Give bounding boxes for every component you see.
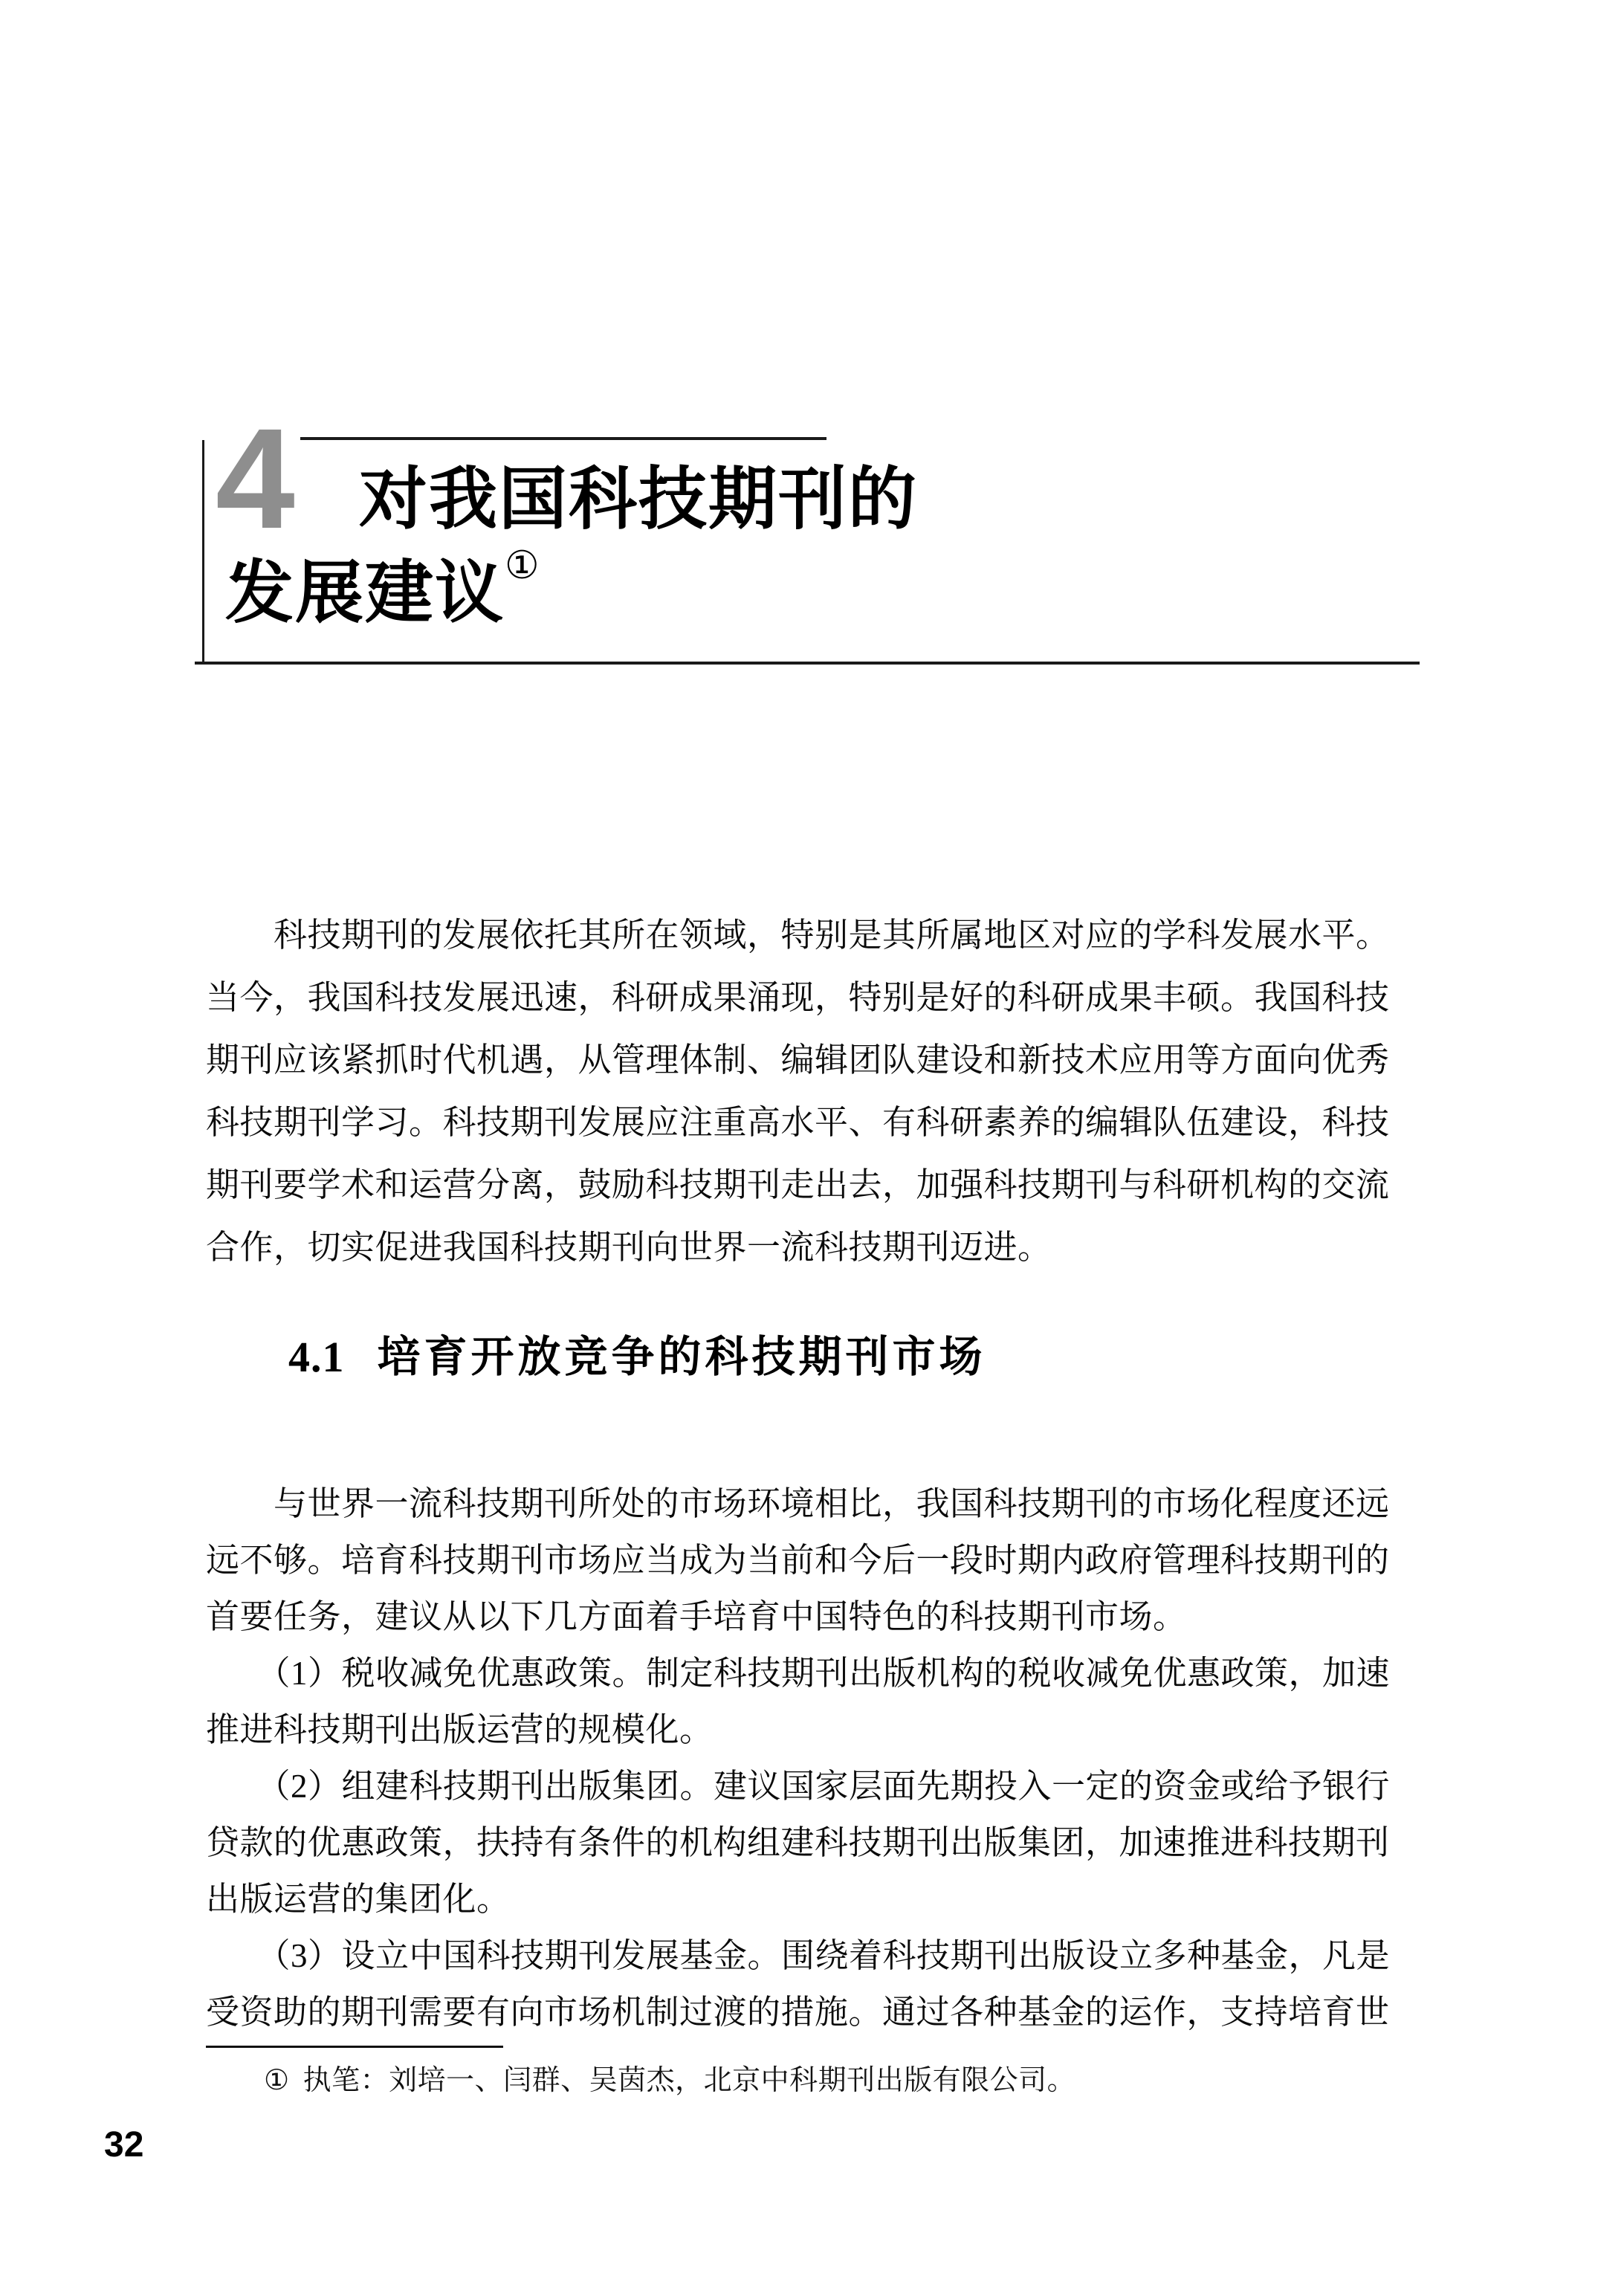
section-number: 4.1 xyxy=(288,1333,345,1381)
text-line: 合作，切实促进我国科技期刊向世界一流科技期刊迈进。 xyxy=(206,1216,1429,1279)
text-line: （2）组建科技期刊出版集团。建议国家层面先期投入一定的资金或给予银行 xyxy=(206,1758,1429,1814)
section-title: 培育开放竞争的科技期刊市场 xyxy=(378,1333,986,1381)
text-line: 期刊应该紧抓时代机遇，从管理体制、编辑团队建设和新技术应用等方面向优秀 xyxy=(206,1029,1429,1091)
page-number: 32 xyxy=(104,2127,143,2163)
section-body: 与世界一流科技期刊所处的市场环境相比，我国科技期刊的市场化程度还远远不够。培育科… xyxy=(206,1475,1429,2040)
chapter-title-line1: 对我国科技期刊的 xyxy=(359,461,918,540)
text-line: 出版运营的集团化。 xyxy=(206,1871,1429,1927)
intro-paragraph: 科技期刊的发展依托其所在领域，特别是其所属地区对应的学科发展水平。当今，我国科技… xyxy=(206,904,1429,1279)
chapter-title-line2: 发展建议① xyxy=(225,555,540,633)
text-line: （3）设立中国科技期刊发展基金。围绕着科技期刊出版设立多种基金，凡是 xyxy=(206,1927,1429,1984)
text-line: 推进科技期刊出版运营的规模化。 xyxy=(206,1701,1429,1758)
text-line: 当今，我国科技发展迅速，科研成果涌现，特别是好的科研成果丰硕。我国科技 xyxy=(206,966,1429,1029)
chapter-number: 4 xyxy=(216,407,295,550)
text-line: 期刊要学术和运营分离，鼓励科技期刊走出去，加强科技期刊与科研机构的交流 xyxy=(206,1154,1429,1216)
chapter-title-line2-text: 发展建议 xyxy=(225,555,505,631)
document-page: 4 对我国科技期刊的 发展建议① 科技期刊的发展依托其所在领域，特别是其所属地区… xyxy=(0,0,1624,2282)
text-line: 首要任务，建议从以下几方面着手培育中国特色的科技期刊市场。 xyxy=(206,1588,1429,1645)
text-line: 受资助的期刊需要有向市场机制过渡的措施。通过各种基金的运作，支持培育世 xyxy=(206,1984,1429,2040)
header-top-rule xyxy=(300,437,826,440)
section-heading: 4.1培育开放竞争的科技期刊市场 xyxy=(288,1334,986,1381)
title-footnote-mark: ① xyxy=(505,544,540,589)
text-line: （1）税收减免优惠政策。制定科技期刊出版机构的税收减免优惠政策，加速 xyxy=(206,1645,1429,1701)
text-line: 科技期刊学习。科技期刊发展应注重高水平、有科研素养的编辑队伍建设，科技 xyxy=(206,1091,1429,1154)
text-line: 远不够。培育科技期刊市场应当成为当前和今后一段时期内政府管理科技期刊的 xyxy=(206,1532,1429,1588)
footnote: ①执笔：刘培一、闫群、吴茵杰，北京中科期刊出版有限公司。 xyxy=(206,2060,1486,2101)
footnote-text: 执笔：刘培一、闫群、吴茵杰，北京中科期刊出版有限公司。 xyxy=(303,2065,1076,2096)
text-line: 与世界一流科技期刊所处的市场环境相比，我国科技期刊的市场化程度还远 xyxy=(206,1475,1429,1532)
header-left-rule xyxy=(202,440,204,665)
header-bottom-rule xyxy=(195,662,1420,665)
text-line: 贷款的优惠政策，扶持有条件的机构组建科技期刊出版集团，加速推进科技期刊 xyxy=(206,1814,1429,1871)
text-line: 科技期刊的发展依托其所在领域，特别是其所属地区对应的学科发展水平。 xyxy=(206,904,1429,966)
footnote-mark: ① xyxy=(264,2065,290,2096)
footnote-rule xyxy=(206,2046,503,2048)
